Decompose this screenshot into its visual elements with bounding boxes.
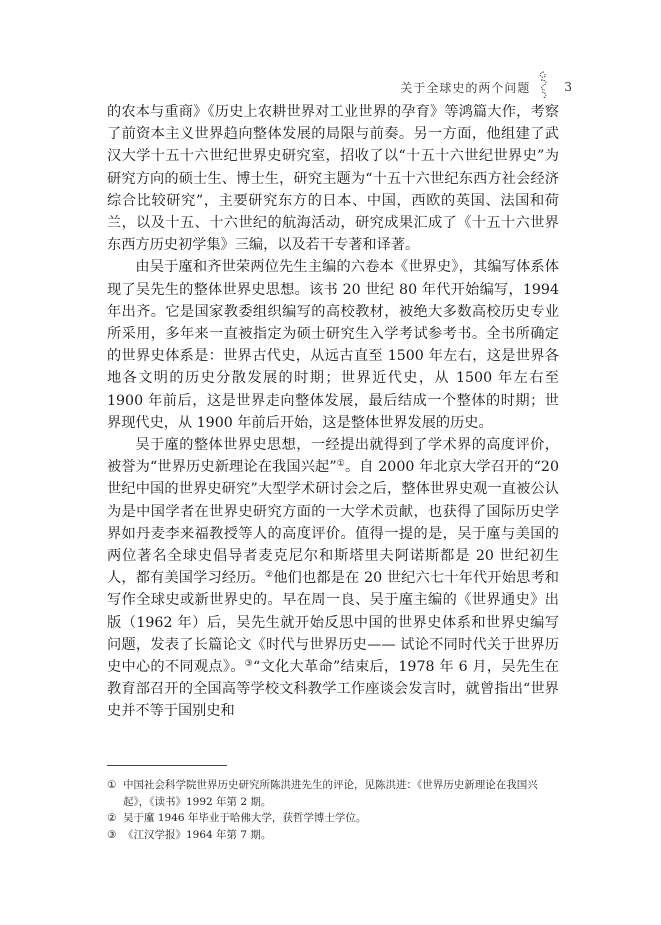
footnote-text: 中国社会科学院世界历史研究所陈洪进先生的评论，见陈洪进：《世界历史新理论在我国兴… bbox=[123, 777, 559, 810]
paragraph-2: 由吴于廑和齐世荣两位先生主编的六卷本《世界史》，其编写体系体现了吴先生的整体世界… bbox=[107, 256, 559, 434]
footnote-mark: ② bbox=[107, 810, 123, 827]
footnote-1: ① 中国社会科学院世界历史研究所陈洪进先生的评论，见陈洪进：《世界历史新理论在我… bbox=[107, 777, 559, 810]
footnote-text: 《江汉学报》1964 年第 7 期。 bbox=[123, 827, 559, 844]
page-number: 3 bbox=[564, 80, 573, 94]
footnote-ref-2[interactable]: ② bbox=[265, 570, 273, 580]
scroll-ornament-icon bbox=[538, 74, 550, 100]
paragraph-3-segment: 。自 2000 年北京大学召开的“20 世纪中国的世界史研究”大型学术研讨会之后… bbox=[107, 459, 559, 586]
footnote-2: ② 吴于廑 1946 年毕业于哈佛大学，获哲学博士学位。 bbox=[107, 810, 559, 827]
running-head-title: 关于全球史的两个问题 bbox=[400, 79, 530, 96]
paragraph-3: 吴于廑的整体世界史思想，一经提出就得到了学术界的高度评价，被誉为“世界历史新理论… bbox=[107, 434, 559, 723]
footnote-3: ③ 《江汉学报》1964 年第 7 期。 bbox=[107, 827, 559, 844]
footnote-mark: ① bbox=[107, 777, 123, 810]
footnote-ref-1[interactable]: ① bbox=[337, 459, 345, 469]
footnote-ref-3[interactable]: ③ bbox=[245, 659, 253, 669]
body-text: 的农本与重商》《历史上农耕世界对工业世界的孕育》等鸿篇大作，考察了前资本主义世界… bbox=[107, 101, 559, 723]
paragraph-1: 的农本与重商》《历史上农耕世界对工业世界的孕育》等鸿篇大作，考察了前资本主义世界… bbox=[107, 101, 559, 256]
running-head: 关于全球史的两个问题 3 bbox=[400, 74, 573, 100]
footnotes: ① 中国社会科学院世界历史研究所陈洪进先生的评论，见陈洪进：《世界历史新理论在我… bbox=[107, 777, 559, 843]
footnote-divider bbox=[107, 765, 227, 766]
footnote-text: 吴于廑 1946 年毕业于哈佛大学，获哲学博士学位。 bbox=[123, 810, 559, 827]
footnote-mark: ③ bbox=[107, 827, 123, 844]
